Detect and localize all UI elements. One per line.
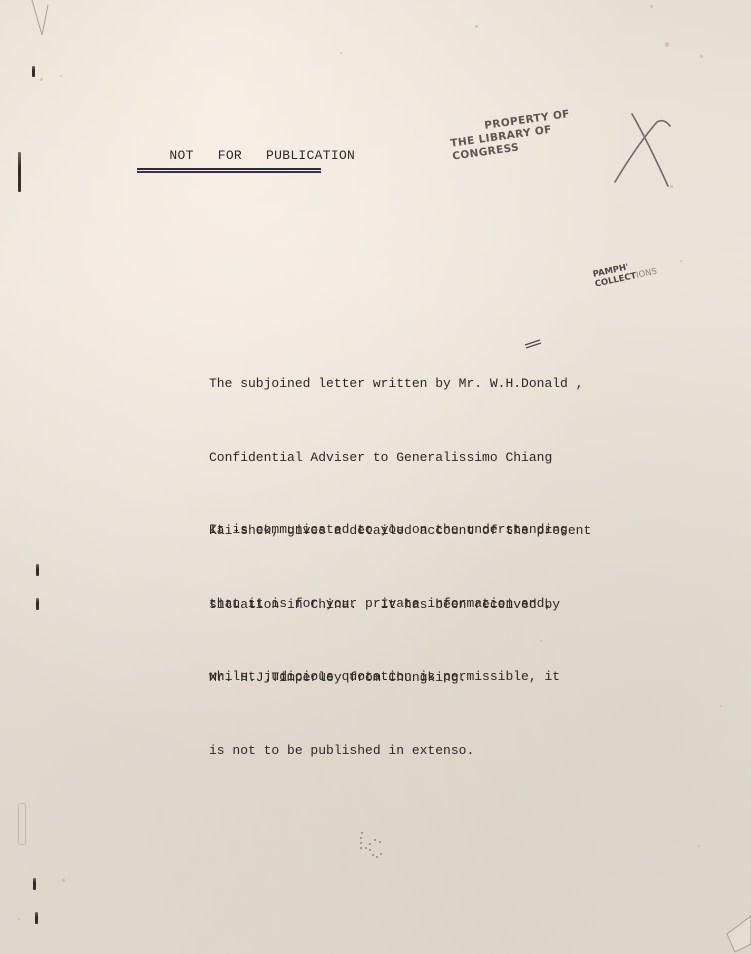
text-line: is not to be published in extenso. (209, 739, 568, 764)
text-line: The subjoined letter written by Mr. W.H.… (209, 372, 591, 397)
paper-speck (720, 705, 722, 707)
heading-word: FOR (218, 148, 242, 163)
text-line: that it is for your private information … (209, 592, 568, 617)
heading-word: NOT (169, 148, 193, 163)
corner-crease (20, 0, 50, 45)
paper-speck (40, 78, 43, 81)
heading-underline (137, 168, 321, 170)
staple-mark (18, 152, 21, 192)
pencil-x-mark (612, 100, 672, 190)
staple-mark (33, 878, 36, 890)
text-line: Confidential Adviser to Generalissimo Ch… (209, 446, 591, 471)
paper-speck (665, 42, 669, 47)
paragraph-confidentiality: It is communicated to you on the underst… (209, 469, 568, 812)
paper-speck (62, 879, 65, 882)
paper-speck (60, 75, 62, 77)
heading-underline (137, 171, 321, 173)
paper-speck (340, 52, 342, 54)
paper-speck (650, 5, 653, 8)
paper-speck (475, 25, 478, 28)
paper-speck (698, 845, 700, 847)
library-of-congress-stamp: PROPERTY OF THE LIBRARY OF CONGRESS (448, 103, 612, 164)
staple-mark (36, 564, 39, 576)
pencil-dots-mark (355, 828, 390, 863)
paper-speck (18, 918, 20, 920)
paper-speck (680, 260, 682, 262)
pamphlet-collections-stamp: PAMPH' COLLECTIONS (592, 257, 658, 290)
staple-mark (32, 66, 35, 77)
corner-fold (721, 914, 751, 954)
staple-mark (35, 912, 38, 924)
pen-correction-mark (523, 339, 543, 349)
document-page: NOTFORPUBLICATION PROPERTY OF THE LIBRAR… (0, 0, 751, 954)
heading-word: PUBLICATION (266, 148, 355, 163)
staple-mark (36, 598, 39, 610)
paper-speck (700, 55, 703, 58)
staple-outline (18, 803, 26, 845)
text-line: It is communicated to you on the underst… (209, 518, 568, 543)
text-line: whilst judicious quotation is permissibl… (209, 665, 568, 690)
